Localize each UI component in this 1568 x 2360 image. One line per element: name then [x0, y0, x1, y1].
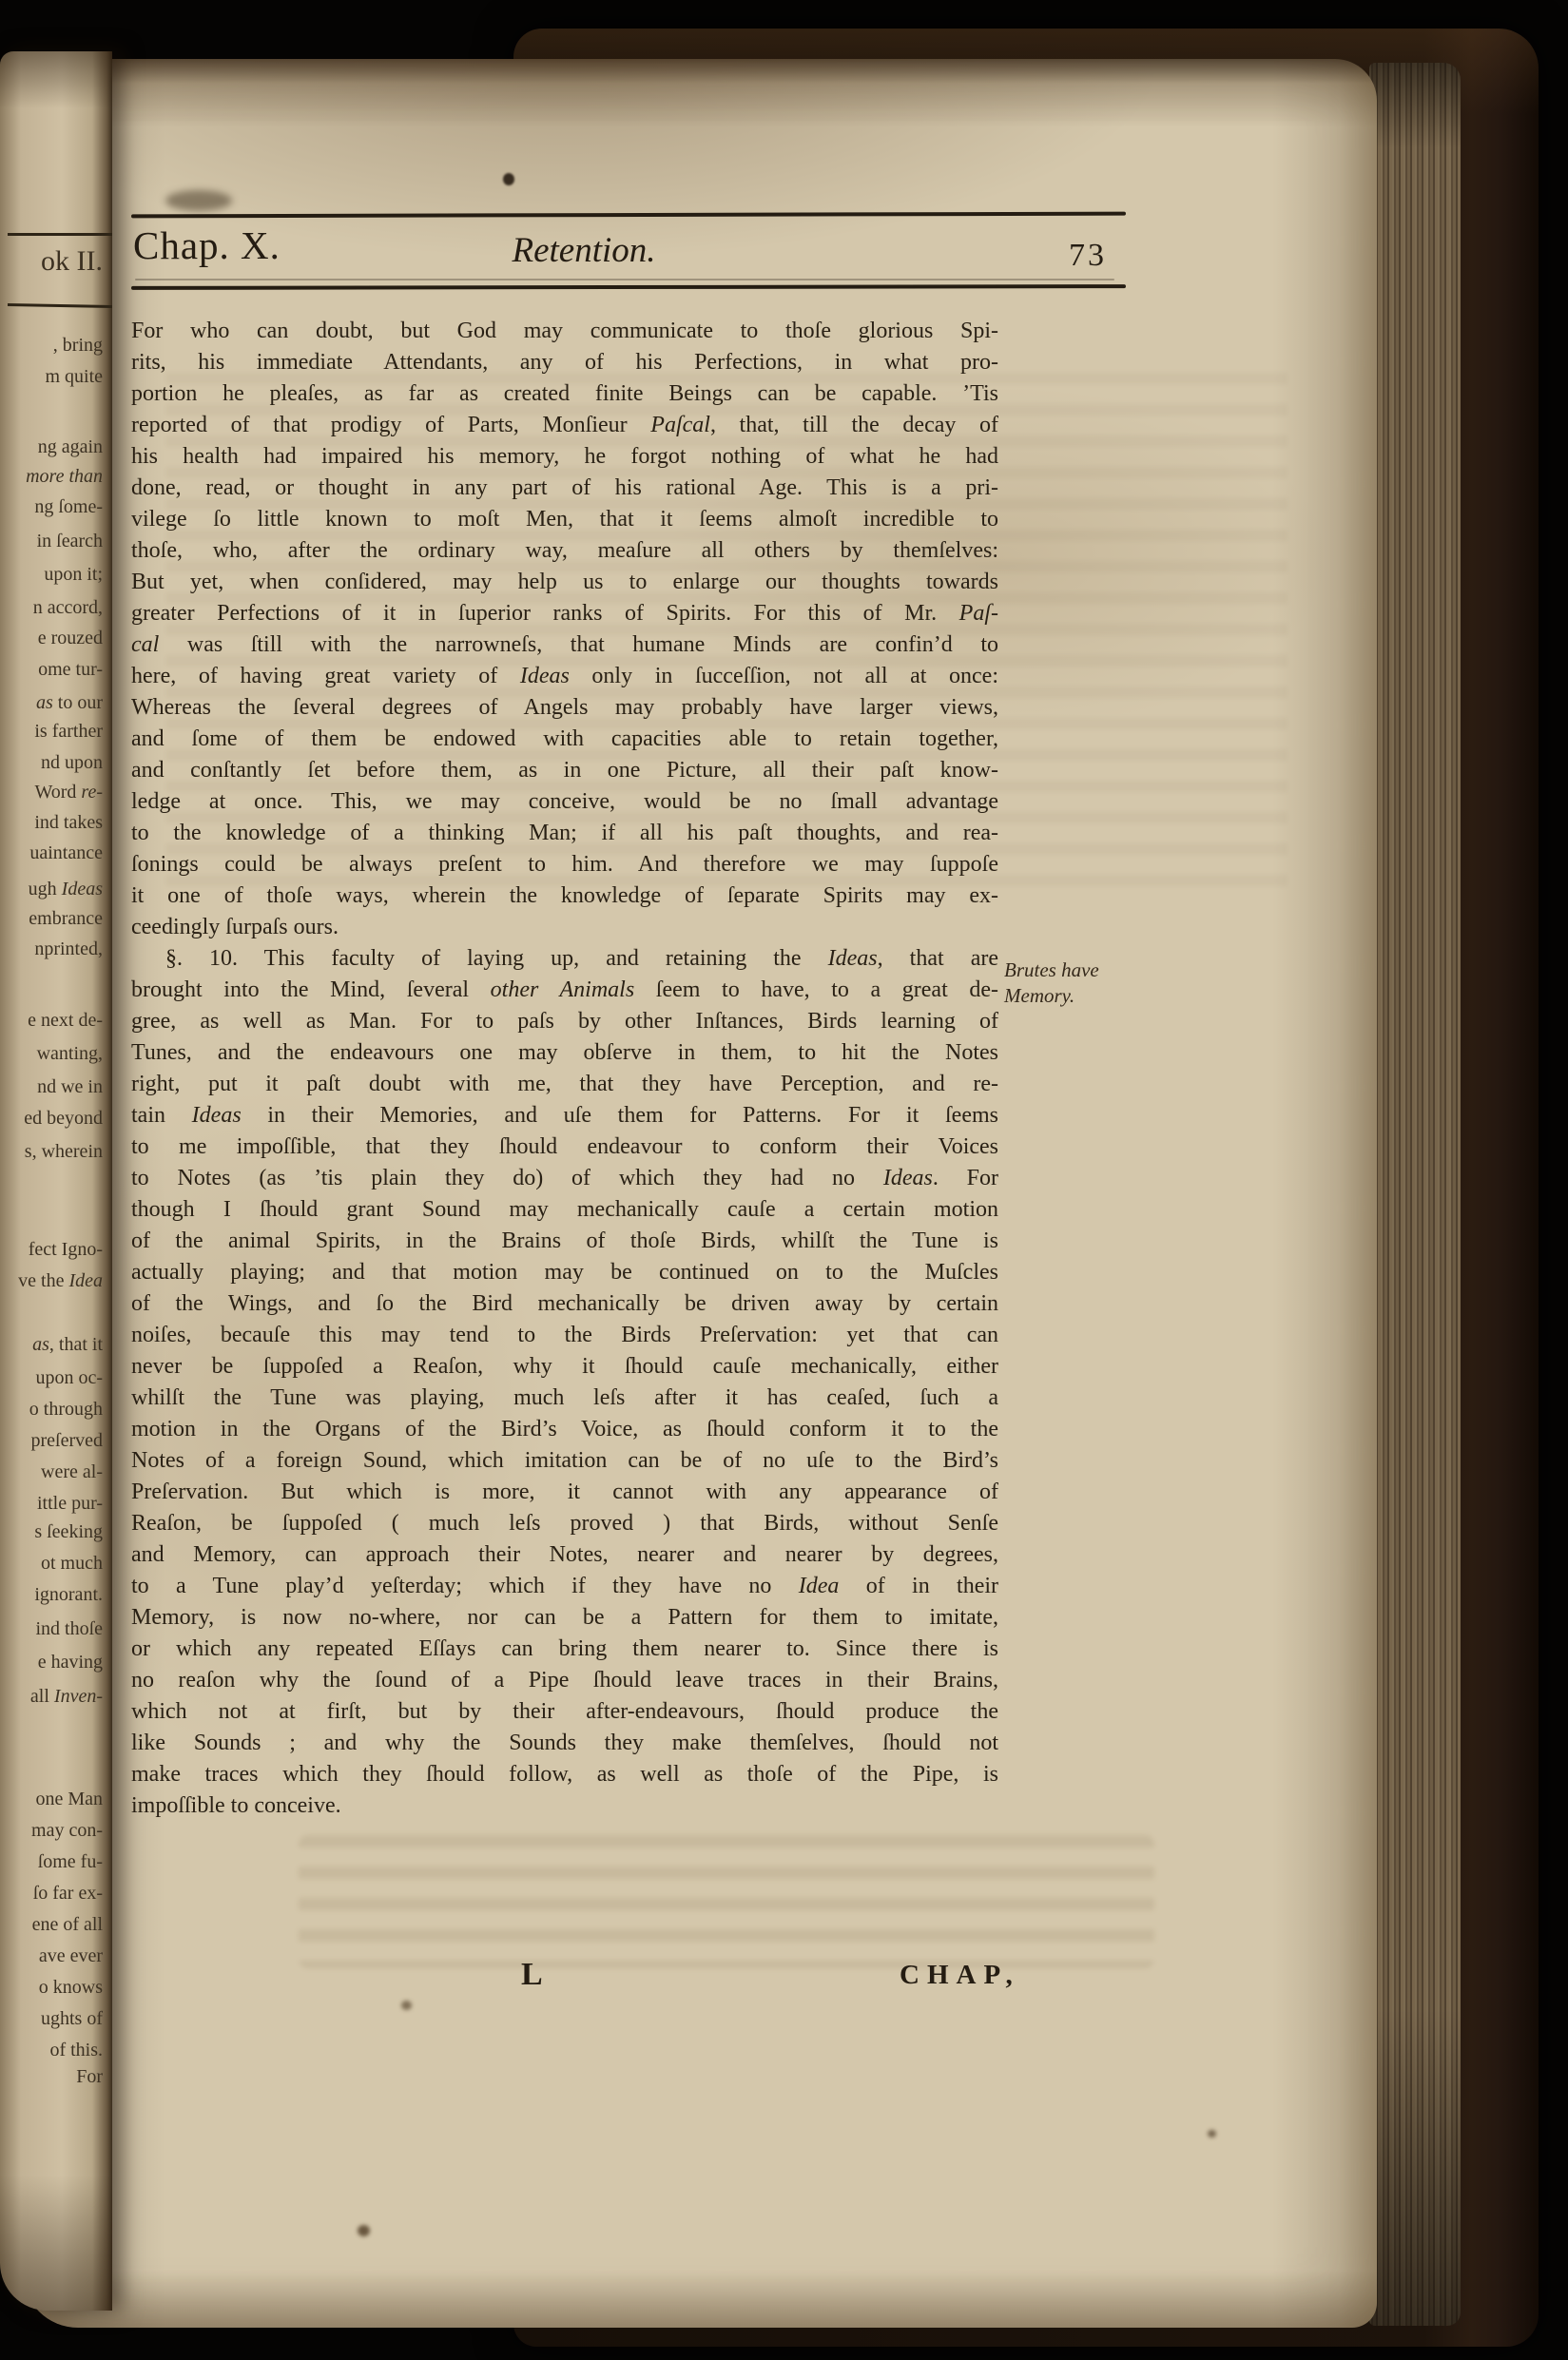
text-line: Whereas the ſeveral degrees of Angels ma… [131, 692, 998, 724]
edge-fragment: ve the Idea [18, 1270, 103, 1291]
edge-fragment: of this. [49, 2040, 103, 2060]
text-line: to Notes (as ’tis plain they do) of whic… [131, 1163, 998, 1194]
edge-fragment: o knows [39, 1977, 103, 1998]
book-scene: Chap. X. Retention. 73 For who can doubt… [0, 0, 1568, 2360]
edge-fragment: nd upon [41, 752, 103, 773]
edge-fragment: ave ever [39, 1945, 103, 1966]
text-line: vilege ſo little known to moſt Men, that… [131, 504, 998, 535]
edge-fragment: s, wherein [25, 1141, 103, 1162]
text-line: here, of having great variety of Ideas o… [131, 661, 998, 692]
text-line: ledge at once. This, we may conceive, wo… [131, 786, 998, 818]
running-title: Retention. [365, 230, 803, 271]
edge-fragment: all Inven- [30, 1686, 103, 1707]
header-bottom-rule [131, 284, 1126, 290]
text-line: like Sounds ; and why the Sounds they ma… [131, 1728, 998, 1759]
edge-fragment: fect Igno- [29, 1239, 103, 1260]
text-line: ſonings could be always preſent to him. … [131, 849, 998, 880]
text-line: and conſtantly ſet before them, as in on… [131, 755, 998, 786]
text-line: But yet, when conſidered, may help us to… [131, 567, 998, 598]
paragraph-continuation: For who can doubt, but God may communica… [131, 316, 998, 943]
text-line: reported of that prodigy of Parts, Monſi… [131, 410, 998, 441]
text-line: right, put it paſt doubt with me, that t… [131, 1069, 998, 1100]
fox-spot [401, 2001, 412, 2010]
edge-fragment: ng again [38, 436, 103, 457]
edge-fragment: ignorant. [34, 1584, 103, 1605]
text-line: never be ſuppoſed a Reaſon, why it ſhoul… [131, 1351, 998, 1383]
signature-mark: L [521, 1957, 543, 1993]
text-line: brought into the Mind, ſeveral other Ani… [131, 975, 998, 1006]
edge-fragment: in ſearch [37, 531, 103, 551]
catchword: CHAP, [900, 1960, 1020, 1991]
facing-header-rule [8, 233, 112, 236]
text-line: Memory. [1004, 983, 1147, 1009]
edge-fragment: as to our [36, 692, 103, 713]
body-text: For who can doubt, but God may communica… [131, 316, 998, 1822]
edge-fragment: e rouzed [38, 628, 103, 648]
text-line: cal was ſtill with the narrowneſs, that … [131, 629, 998, 661]
fore-edge-page-stack [1369, 63, 1461, 2326]
edge-fragment: upon it; [44, 564, 103, 585]
text-line: ceedingly ſurpaſs ours. [131, 912, 998, 943]
header-rule-shadow [135, 279, 1114, 280]
edge-fragment: preſerved [30, 1430, 103, 1451]
edge-fragment: ene of all [32, 1914, 103, 1935]
edge-fragment: ot much [41, 1553, 103, 1574]
text-line: Preſervation. But which is more, it cann… [131, 1477, 998, 1508]
edge-fragment: e having [38, 1652, 103, 1673]
edge-fragment: s ſeeking [34, 1521, 103, 1542]
edge-fragment: m quite [45, 366, 103, 387]
header-top-rule [131, 212, 1126, 219]
text-line: it one of thoſe ways, wherein the knowle… [131, 880, 998, 912]
edge-fragment: nd we in [37, 1076, 103, 1097]
edge-fragment: ind takes [34, 812, 103, 833]
text-line: done, read, or thought in any part of hi… [131, 473, 998, 504]
edge-fragment: ittle pur- [37, 1493, 103, 1514]
edge-fragment: ugh Ideas [29, 879, 103, 900]
edge-fragment: is farther [34, 721, 103, 742]
edge-fragment: , bring [53, 335, 103, 356]
text-line: which not at firſt, but by their after-e… [131, 1696, 998, 1728]
edge-fragment: ng ſome- [34, 496, 103, 517]
text-line: make traces which they ſhould follow, as… [131, 1759, 998, 1790]
edge-fragment: ok II. [41, 251, 103, 272]
text-line: no reaſon why the ſound of a Pipe ſhould… [131, 1665, 998, 1696]
edge-fragment: e next de- [28, 1010, 103, 1031]
ink-smudge [165, 190, 232, 211]
edge-fragment: n accord, [33, 597, 103, 618]
text-line: portion he pleaſes, as far as created fi… [131, 378, 998, 410]
text-line: actually playing; and that motion may be… [131, 1257, 998, 1288]
ink-spot [503, 173, 514, 185]
edge-fragment: ome tur- [38, 659, 103, 680]
page-number: 73 [1040, 238, 1135, 274]
text-line: noiſes, becauſe this may tend to the Bir… [131, 1320, 998, 1351]
edge-fragment: Word re- [34, 782, 103, 803]
edge-fragment: ed beyond [24, 1108, 103, 1129]
text-line: to the knowledge of a thinking Man; if a… [131, 818, 998, 849]
fox-spot [358, 2225, 370, 2236]
edge-fragment: were al- [41, 1461, 103, 1482]
edge-fragment: as, that it [32, 1334, 103, 1355]
text-line: greater Perfections of it in ſuperior ra… [131, 598, 998, 629]
edge-fragment: ughts of [41, 2008, 103, 2029]
text-line: though I ſhould grant Sound may mechanic… [131, 1194, 998, 1226]
text-line: tain Ideas in their Memories, and uſe th… [131, 1100, 998, 1132]
text-line: gree, as well as Man. For to paſs by oth… [131, 1006, 998, 1037]
edge-fragment: ind thoſe [35, 1618, 103, 1639]
text-line: thoſe, who, after the ordinary way, meaſ… [131, 535, 998, 567]
facing-page-edge: ok II., bringm quiteng againmore thanng … [0, 51, 112, 2311]
text-line: For who can doubt, but God may communica… [131, 316, 998, 347]
book-photo: { "header": { "chapter": "Chap. X.", "ru… [0, 0, 1568, 2360]
edge-fragment: ſo far ex- [33, 1883, 103, 1904]
edge-fragment: may con- [31, 1820, 103, 1841]
text-line: Tunes, and the endeavours one may obſerv… [131, 1037, 998, 1069]
text-line: and Memory, can approach their Notes, ne… [131, 1539, 998, 1571]
book-page: Chap. X. Retention. 73 For who can doubt… [23, 59, 1377, 2328]
edge-fragment: uaintance [29, 842, 103, 863]
paragraph-section-10: §. 10. This faculty of laying up, and re… [131, 943, 998, 1822]
edge-fragment: one Man [35, 1789, 103, 1809]
text-line: and ſome of them be endowed with capacit… [131, 724, 998, 755]
text-line: whilſt the Tune was playing, much leſs a… [131, 1383, 998, 1414]
facing-header-rule [8, 303, 112, 308]
text-line: Memory, is now no-where, nor can be a Pa… [131, 1602, 998, 1634]
edge-fragment: nprinted, [34, 938, 103, 959]
text-line: impoſſible to conceive. [131, 1790, 998, 1822]
text-line: Notes of a foreign Sound, which imitatio… [131, 1445, 998, 1477]
edge-fragment: ſome fu- [38, 1851, 103, 1872]
edge-fragment: For [76, 2066, 103, 2087]
edge-fragment: o through [29, 1399, 103, 1420]
text-line: rits, his immediate Attendants, any of h… [131, 347, 998, 378]
fox-spot [1208, 2130, 1216, 2138]
bleed-through-texture [299, 1835, 1154, 1968]
text-line: of the animal Spirits, in the Brains of … [131, 1226, 998, 1257]
text-line: his health had impaired his memory, he f… [131, 441, 998, 473]
text-line: motion in the Organs of the Bird’s Voice… [131, 1414, 998, 1445]
text-line: or which any repeated Eſſays can bring t… [131, 1634, 998, 1665]
text-line: §. 10. This faculty of laying up, and re… [131, 943, 998, 975]
edge-fragment: upon oc- [35, 1367, 103, 1388]
text-line: Reaſon, be ſuppoſed ( much leſs proved )… [131, 1508, 998, 1539]
text-line: to me impoſſible, that they ſhould endea… [131, 1132, 998, 1163]
margin-note: Brutes haveMemory. [1004, 958, 1147, 1009]
text-line: to a Tune play’d yeſterday; which if the… [131, 1571, 998, 1602]
edge-fragment: embrance [29, 908, 103, 929]
text-line: Brutes have [1004, 958, 1147, 983]
edge-fragment: more than [26, 466, 103, 487]
chapter-heading: Chap. X. [133, 222, 281, 268]
text-line: of the Wings, and ſo the Bird mechanical… [131, 1288, 998, 1320]
edge-fragment: wanting, [37, 1043, 103, 1064]
